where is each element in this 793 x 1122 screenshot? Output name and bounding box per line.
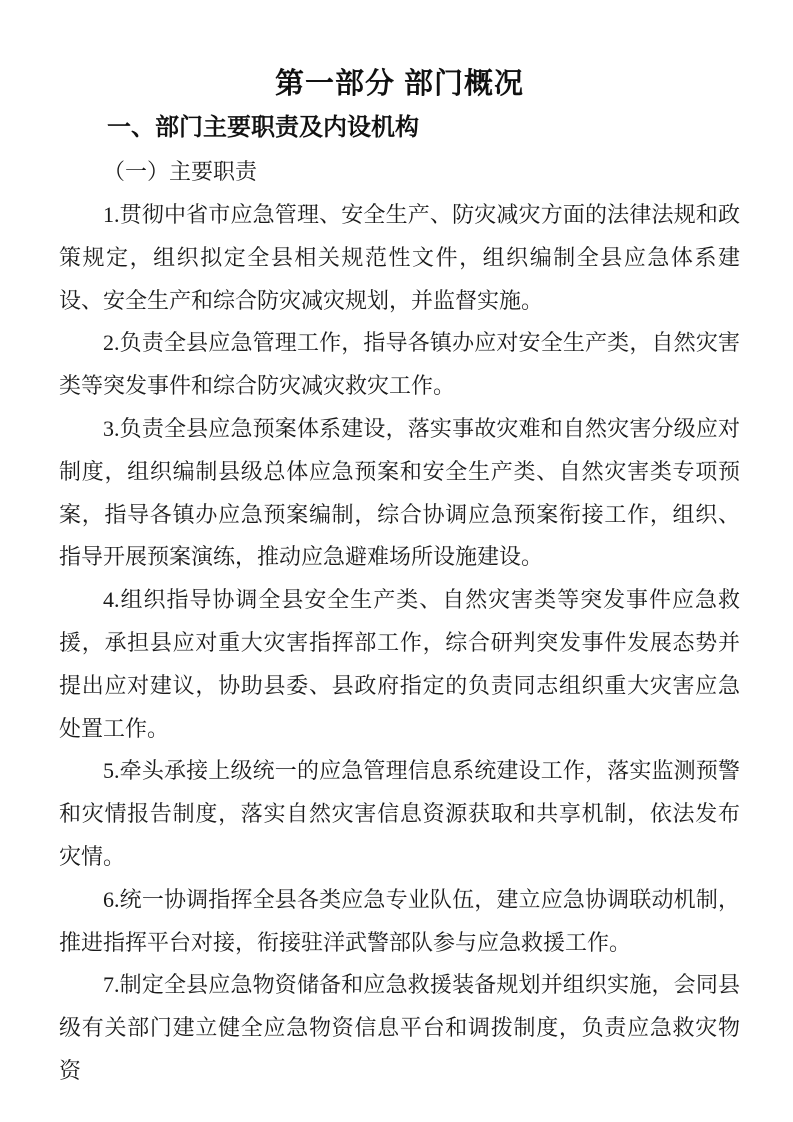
paragraph: 6.统一协调指挥全县各类应急专业队伍，建立应急协调联动机制，推进指挥平台对接，衔… <box>59 879 740 965</box>
subsection-heading: （一）主要职责 <box>59 150 740 194</box>
paragraph: 2.负责全县应急管理工作，指导各镇办应对安全生产类，自然灾害类等突发事件和综合防… <box>59 322 740 408</box>
section-heading: 一、部门主要职责及内设机构 <box>59 106 740 150</box>
document-page: 第一部分 部门概况 一、部门主要职责及内设机构 （一）主要职责 1.贯彻中省市应… <box>0 0 793 1122</box>
chapter-title: 第一部分 部门概况 <box>59 62 740 106</box>
page-content: 第一部分 部门概况 一、部门主要职责及内设机构 （一）主要职责 1.贯彻中省市应… <box>59 62 740 1093</box>
paragraph: 5.牵头承接上级统一的应急管理信息系统建设工作，落实监测预警和灾情报告制度，落实… <box>59 750 740 878</box>
paragraph: 4.组织指导协调全县安全生产类、自然灾害类等突发事件应急救援，承担县应对重大灾害… <box>59 579 740 750</box>
paragraph: 3.负责全县应急预案体系建设，落实事故灾难和自然灾害分级应对制度，组织编制县级总… <box>59 408 740 579</box>
paragraph: 1.贯彻中省市应急管理、安全生产、防灾减灾方面的法律法规和政策规定，组织拟定全县… <box>59 194 740 322</box>
paragraph: 7.制定全县应急物资储备和应急救援装备规划并组织实施，会同县级有关部门建立健全应… <box>59 964 740 1092</box>
paragraph-list: 1.贯彻中省市应急管理、安全生产、防灾减灾方面的法律法规和政策规定，组织拟定全县… <box>59 194 740 1093</box>
